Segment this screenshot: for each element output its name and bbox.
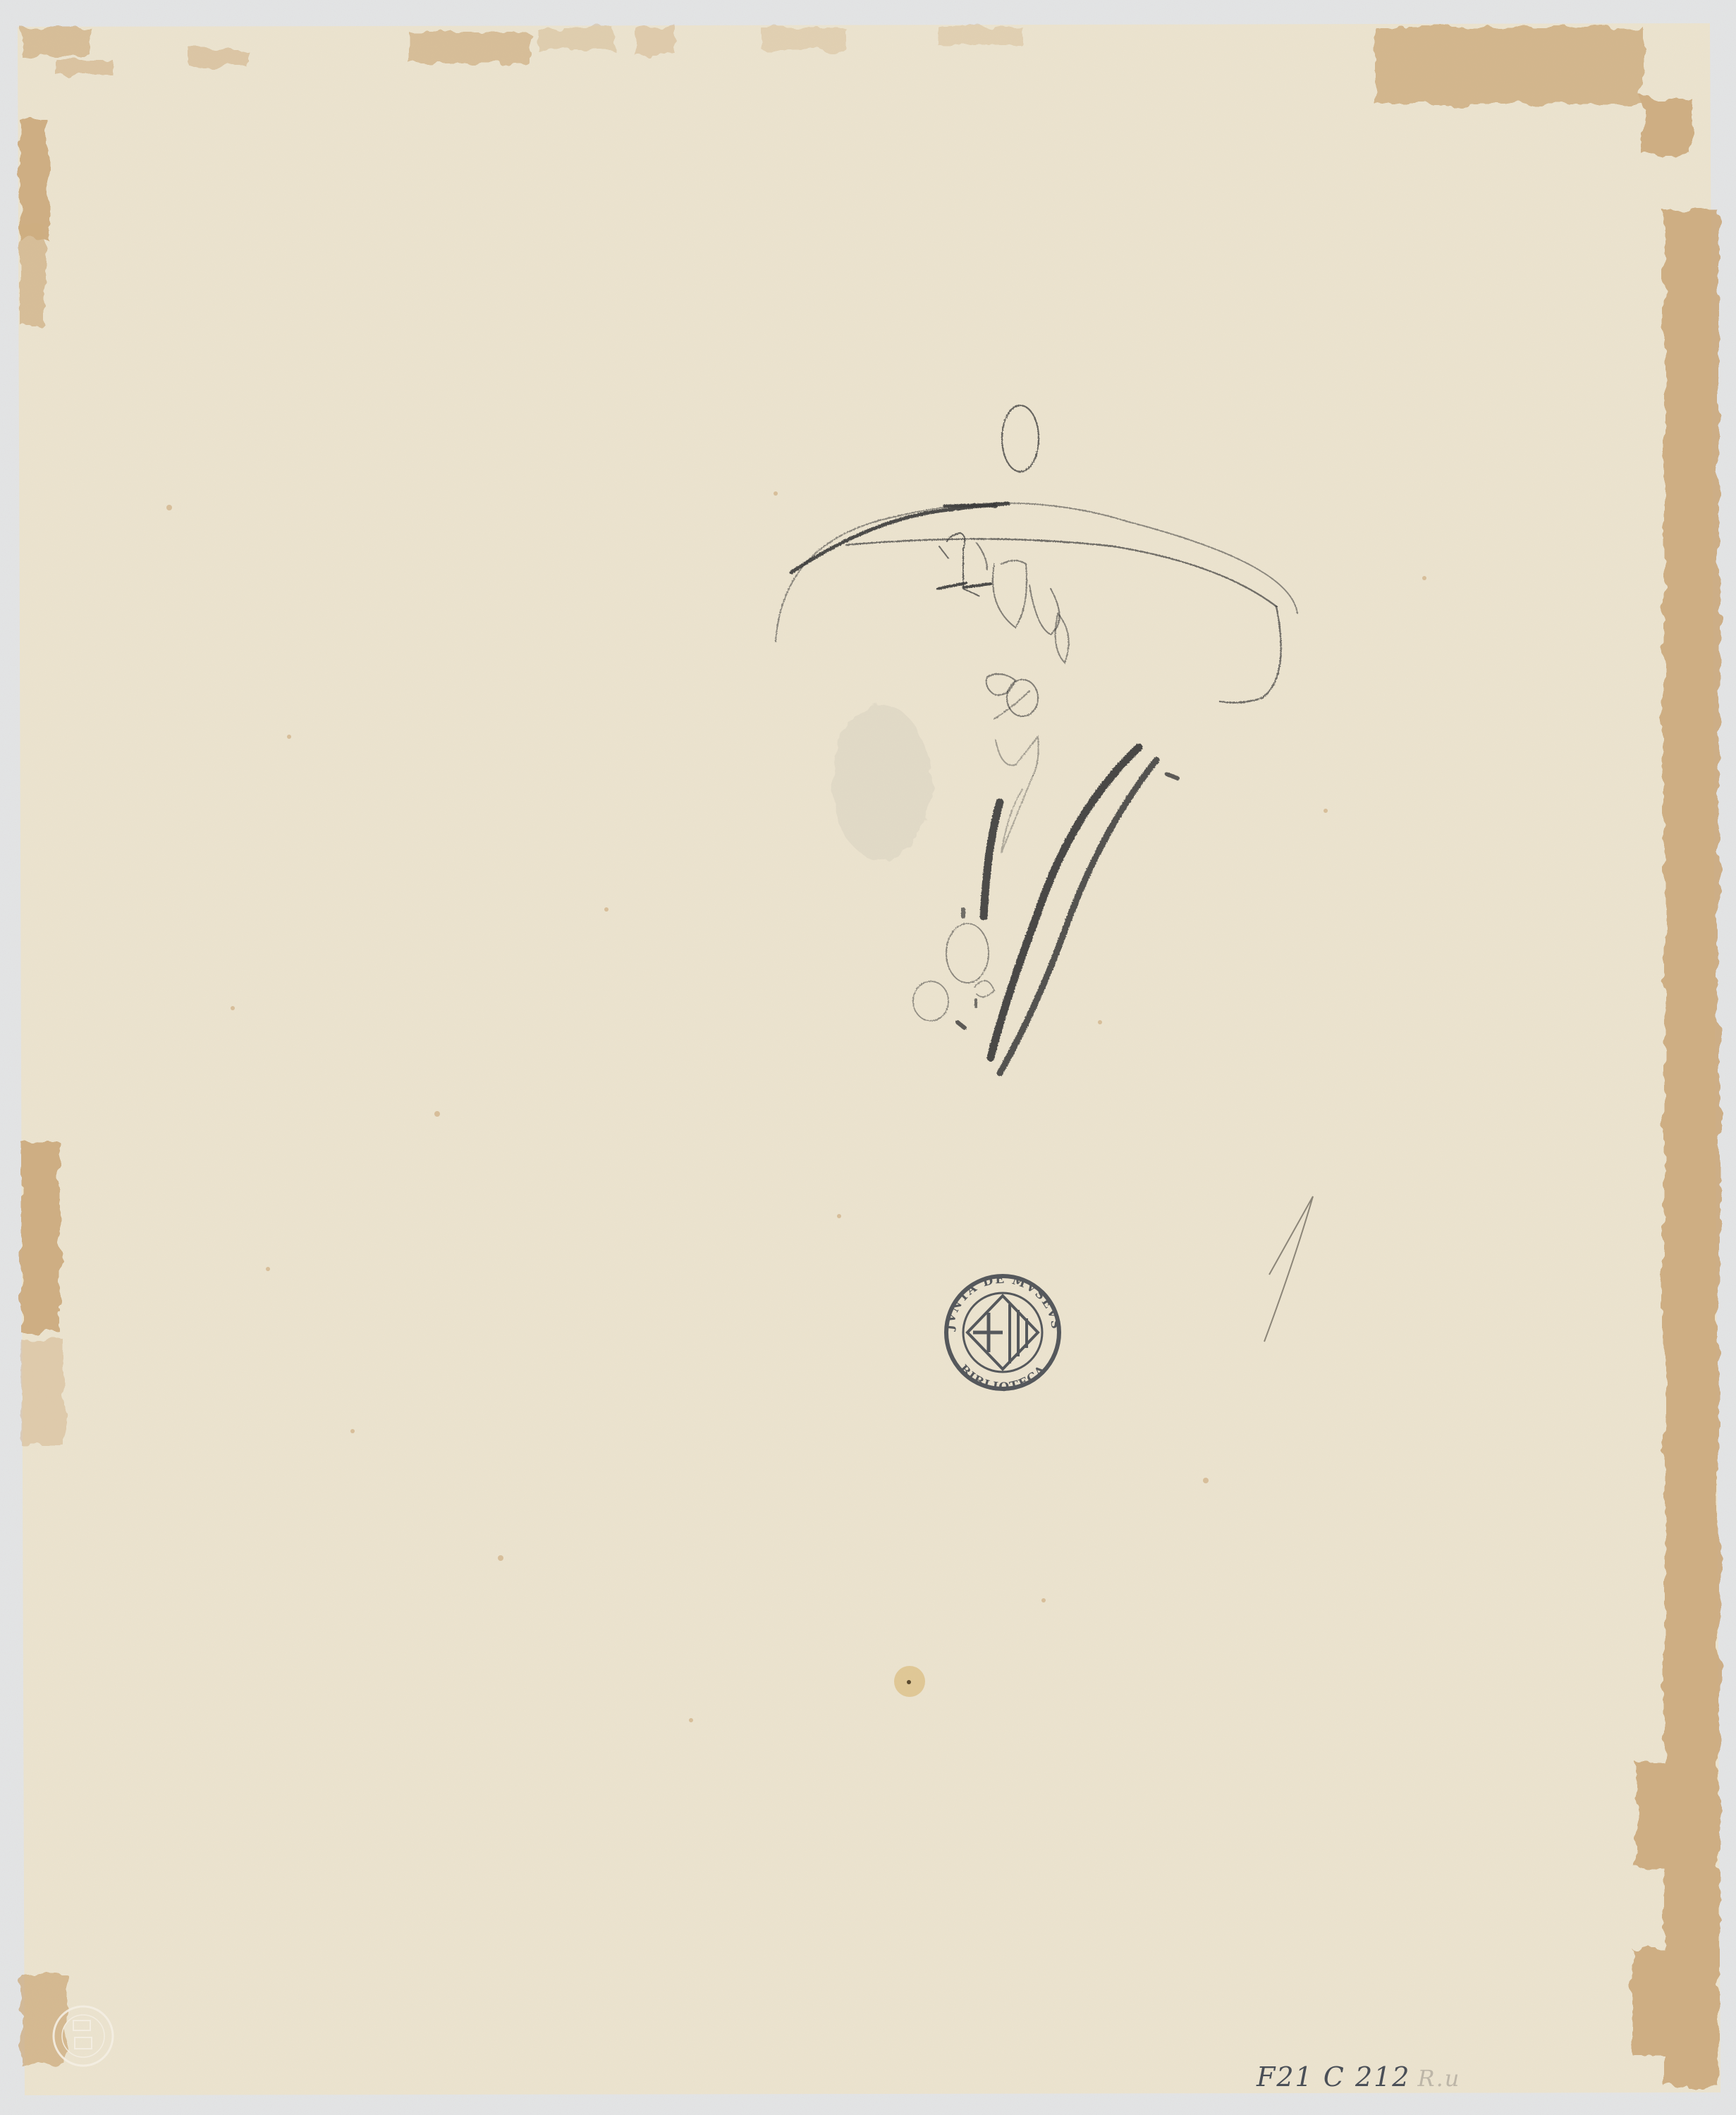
paper-sheet <box>18 23 1720 2095</box>
ghost-smudge <box>832 705 931 860</box>
catalog-inscription: F21 C 212R.u <box>1257 2061 1460 2092</box>
scanned-sheet: JVNTA DE MVSEVS BIBLIOTECA <box>0 0 1736 2115</box>
inscription-number: F21 C 212 <box>1257 2061 1410 2092</box>
inscription-faint-suffix: R.u <box>1417 2065 1460 2092</box>
yellow-stain-spot <box>894 1666 925 1697</box>
